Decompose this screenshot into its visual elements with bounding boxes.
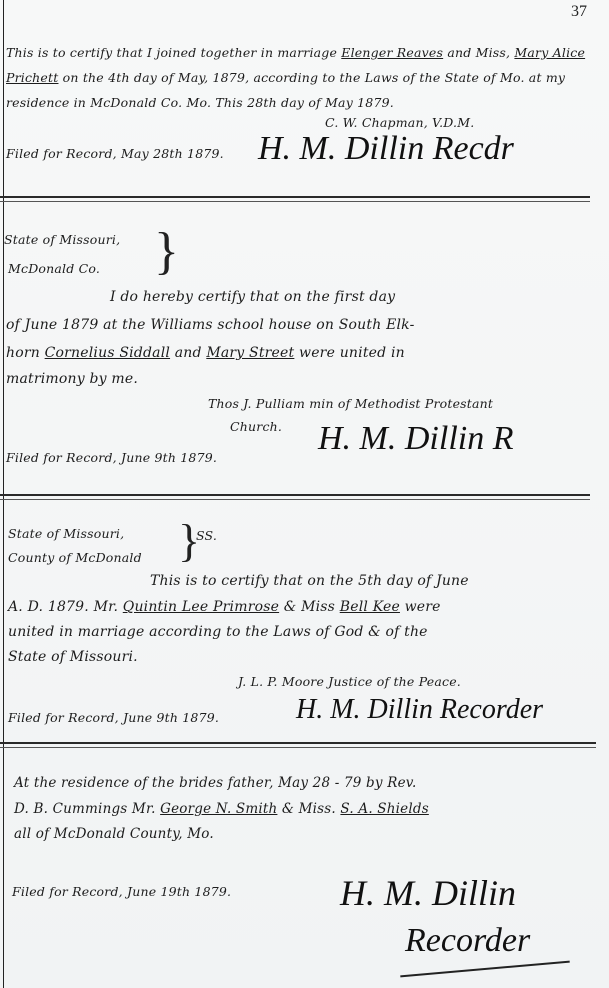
entry-4-line-1: At the residence of the brides father, M… xyxy=(14,777,416,791)
groom-name: Cornelius Siddall xyxy=(45,345,170,361)
groom-name: George N. Smith xyxy=(160,801,277,817)
entry-2-line-2: of June 1879 at the Williams school hous… xyxy=(6,318,415,332)
filed-for-record: Filed for Record, June 19th 1879. xyxy=(12,886,231,899)
venue-ss: SS. xyxy=(196,530,217,543)
groom-name: Elenger Reaves xyxy=(341,45,443,60)
venue-state: State of Missouri, xyxy=(8,528,124,541)
recorder-signature: H. M. Dillin R xyxy=(318,420,513,458)
bride-name: Mary Alice xyxy=(514,45,585,60)
bride-name: S. A. Shields xyxy=(340,801,428,817)
bride-surname: Prichett xyxy=(6,70,58,85)
recorder-signature: H. M. Dillin Recdr xyxy=(258,130,514,168)
venue-state: State of Missouri, xyxy=(4,234,120,247)
venue-brace: } xyxy=(154,226,179,278)
recorder-title: Recorder xyxy=(405,922,530,960)
entry-2-line-1: I do hereby certify that on the first da… xyxy=(110,290,395,304)
groom-name: Quintin Lee Primrose xyxy=(123,599,279,615)
entry-2-line-4: matrimony by me. xyxy=(6,372,138,386)
bride-name: Bell Kee xyxy=(340,599,400,615)
bride-name: Mary Street xyxy=(206,345,294,361)
page-number: 37 xyxy=(571,3,587,21)
officiant-church: Church. xyxy=(230,421,282,434)
entry-3-line-3: united in marriage according to the Laws… xyxy=(8,625,428,639)
entry-divider xyxy=(0,196,590,202)
officiant-signature: C. W. Chapman, V.D.M. xyxy=(325,117,474,130)
venue-county: McDonald Co. xyxy=(8,263,100,276)
recorder-signature: H. M. Dillin Recorder xyxy=(296,694,543,726)
entry-1-line-1: This is to certify that I joined togethe… xyxy=(6,47,585,60)
entry-2-line-3: horn Cornelius Siddall and Mary Street w… xyxy=(6,346,405,360)
filed-for-record: Filed for Record, June 9th 1879. xyxy=(8,712,219,725)
entry-divider xyxy=(0,742,596,748)
ledger-page: 37 This is to certify that I joined toge… xyxy=(0,0,609,988)
entry-1-line-3: residence in McDonald Co. Mo. This 28th … xyxy=(6,97,394,110)
entry-3-line-1: This is to certify that on the 5th day o… xyxy=(150,574,469,588)
signature-flourish xyxy=(400,961,570,978)
venue-county: County of McDonald xyxy=(8,552,142,565)
filed-for-record: Filed for Record, May 28th 1879. xyxy=(6,148,224,161)
entry-1-line-2: Prichett on the 4th day of May, 1879, ac… xyxy=(6,72,565,85)
recorder-signature: H. M. Dillin xyxy=(340,872,516,914)
officiant-signature: Thos J. Pulliam min of Methodist Protest… xyxy=(208,398,493,411)
entry-divider xyxy=(0,494,590,500)
officiant-signature: J. L. P. Moore Justice of the Peace. xyxy=(238,676,461,689)
entry-4-line-3: all of McDonald County, Mo. xyxy=(14,828,214,842)
entry-3-line-2: A. D. 1879. Mr. Quintin Lee Primrose & M… xyxy=(8,600,441,614)
entry-4-line-2: D. B. Cummings Mr. George N. Smith & Mis… xyxy=(14,803,429,817)
filed-for-record: Filed for Record, June 9th 1879. xyxy=(6,452,217,465)
entry-3-line-4: State of Missouri. xyxy=(8,650,138,664)
